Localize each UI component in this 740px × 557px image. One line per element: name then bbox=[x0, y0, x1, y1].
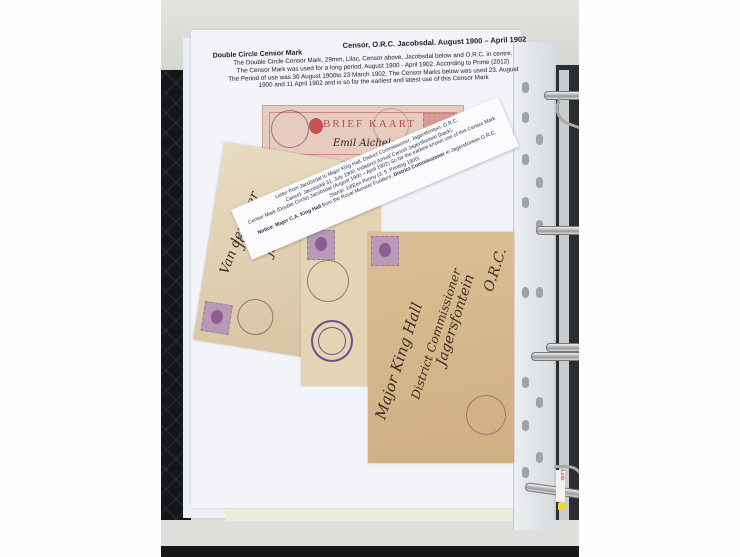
binder-ring-3b bbox=[546, 343, 579, 352]
binder-yellow-tag bbox=[558, 503, 565, 510]
address-line: Major King Hall bbox=[371, 300, 426, 421]
letter-cover-3: Major King Hall District Commissioner Ja… bbox=[368, 232, 514, 463]
plastic-sleeve bbox=[513, 42, 556, 530]
postmark-icon bbox=[307, 260, 349, 302]
crest-icon bbox=[309, 118, 323, 134]
censor-mark-icon bbox=[311, 320, 353, 362]
album-photo: Leitz Censor, O.R.C. Jacobsdal. August 1… bbox=[161, 0, 579, 557]
binder-ring-3 bbox=[531, 352, 579, 361]
stamp-icon bbox=[371, 236, 399, 266]
postmark-icon bbox=[271, 110, 309, 148]
postmark-icon bbox=[466, 395, 506, 435]
binder-spine-inner bbox=[559, 70, 569, 520]
address-line: O.R.C. bbox=[481, 246, 510, 294]
binder-ring-2 bbox=[536, 226, 579, 235]
binder-brand-label: Leitz bbox=[556, 470, 565, 502]
stamp-icon bbox=[201, 301, 233, 335]
postmark-icon bbox=[235, 296, 276, 337]
floor-shadow bbox=[161, 546, 579, 557]
